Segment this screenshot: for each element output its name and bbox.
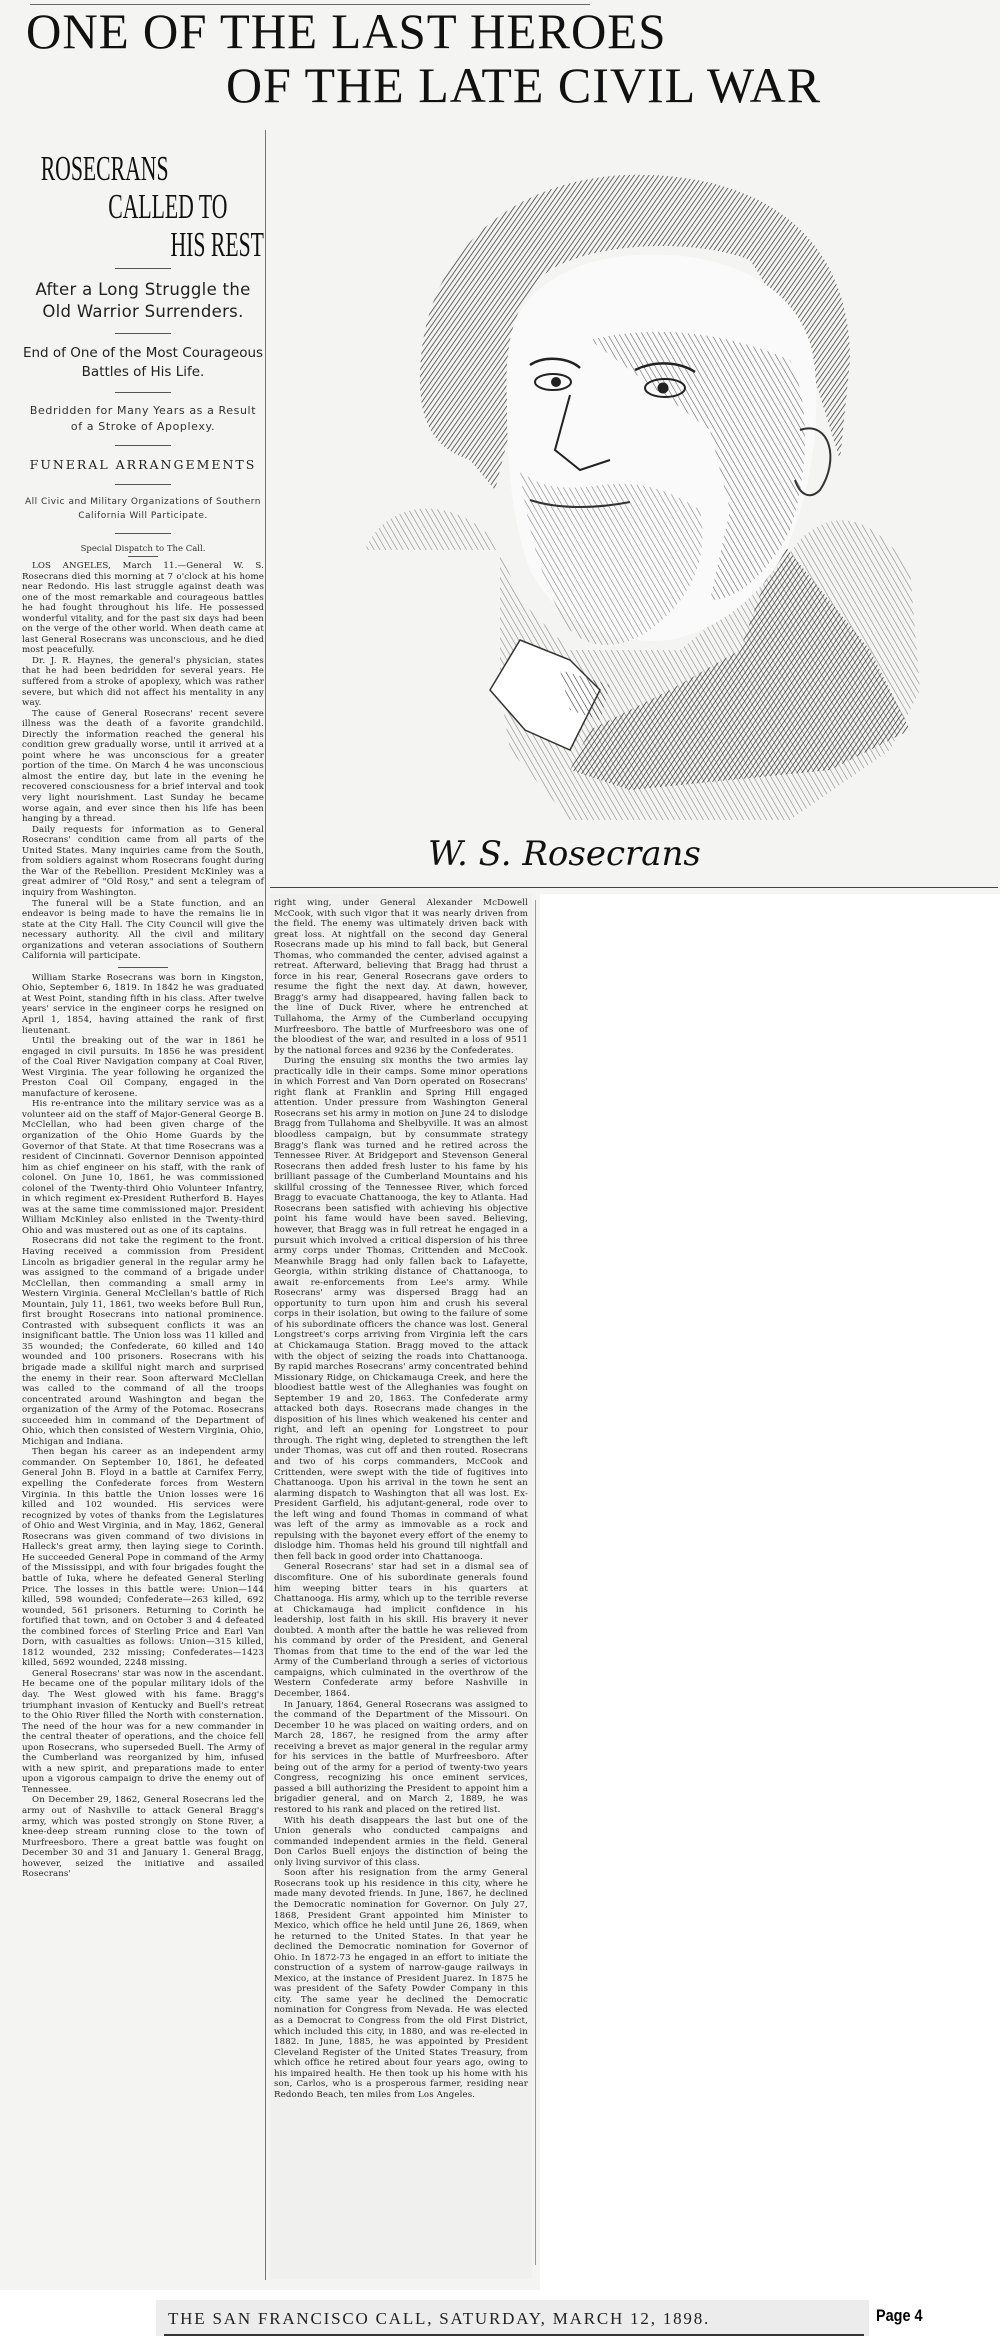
paragraph: With his death disappears the last but o…	[274, 1816, 528, 1869]
page-number-label: Page 4	[876, 2306, 923, 2326]
headline-line-2: OF THE LATE CIVIL WAR	[226, 56, 821, 114]
right-column: right wing, under General Alexander McDo…	[270, 894, 532, 2279]
paragraph: William Starke Rosecrans was born in Kin…	[22, 973, 264, 1036]
paper-date-line: THE SAN FRANCISCO CALL, SATURDAY, MARCH …	[168, 2309, 710, 2329]
subhead-3: Bedridden for Many Years as a Result of …	[22, 403, 264, 435]
paragraph: On December 29, 1862, General Rosecrans …	[22, 1795, 264, 1879]
portrait-engraving-icon: W. S. Rosecrans	[270, 130, 998, 885]
column-divider	[535, 900, 536, 2265]
divider	[115, 484, 171, 485]
divider	[115, 333, 171, 334]
headline-line-1: ONE OF THE LAST HEROES	[26, 2, 666, 60]
paragraph: His re-entrance into the military servic…	[22, 1099, 264, 1236]
paragraph: Dr. J. R. Haynes, the general's physicia…	[22, 656, 264, 709]
paragraph: Soon after his resignation from the army…	[274, 1868, 528, 2100]
paragraph: The cause of General Rosecrans' recent s…	[22, 709, 264, 825]
divider	[115, 533, 171, 534]
divider	[115, 445, 171, 446]
paragraph: General Rosecrans' star had set in a dis…	[274, 1562, 528, 1699]
portrait-bottom-rule	[270, 887, 998, 888]
paragraph: General Rosecrans' star was now in the a…	[22, 1669, 264, 1796]
article-body-left: LOS ANGELES, March 11.—General W. S. Ros…	[22, 561, 264, 1880]
signature: W. S. Rosecrans	[428, 834, 701, 874]
paragraph: The funeral will be a State function, an…	[22, 899, 264, 962]
title-line-2: CALLED TO	[22, 188, 264, 226]
paragraph: Until the breaking out of the war in 186…	[22, 1036, 264, 1099]
divider	[115, 392, 171, 393]
article-body-right: right wing, under General Alexander McDo…	[270, 894, 532, 2100]
paragraph: Rosecrans did not take the regiment to t…	[22, 1236, 264, 1447]
paragraph: LOS ANGELES, March 11.—General W. S. Ros…	[22, 561, 264, 656]
divider	[118, 967, 168, 968]
subhead-2: End of One of the Most Courageous Battle…	[22, 344, 264, 382]
paragraph: Then began his career as an independent …	[22, 1447, 264, 1668]
paragraph: Daily requests for information as to Gen…	[22, 825, 264, 899]
subhead-4: All Civic and Military Organizations of …	[22, 495, 264, 523]
column-divider	[265, 130, 266, 2280]
divider	[128, 556, 158, 557]
title-line-3: HIS REST	[22, 226, 264, 264]
paragraph: right wing, under General Alexander McDo…	[274, 898, 528, 1056]
paragraph: In January, 1864, General Rosecrans was …	[274, 1700, 528, 1816]
paragraph: During the ensuing six months the two ar…	[274, 1056, 528, 1562]
footer-rule	[164, 2334, 864, 2336]
dateline: Special Dispatch to The Call.	[22, 544, 264, 554]
portrait-illustration: W. S. Rosecrans	[270, 130, 998, 885]
subhead-1: After a Long Struggle the Old Warrior Su…	[22, 279, 264, 323]
blank-area	[540, 894, 1000, 2294]
page-headline: ONE OF THE LAST HEROES OF THE LATE CIVIL…	[0, 0, 1000, 125]
divider	[115, 268, 171, 269]
title-deck: ROSECRANS CALLED TO HIS REST	[22, 150, 264, 264]
subhead-funeral: FUNERAL ARRANGEMENTS	[22, 456, 264, 474]
newspaper-footer: THE SAN FRANCISCO CALL, SATURDAY, MARCH …	[156, 2300, 869, 2336]
title-line-1: ROSECRANS	[22, 150, 264, 188]
left-column: ROSECRANS CALLED TO HIS REST After a Lon…	[22, 130, 264, 1880]
